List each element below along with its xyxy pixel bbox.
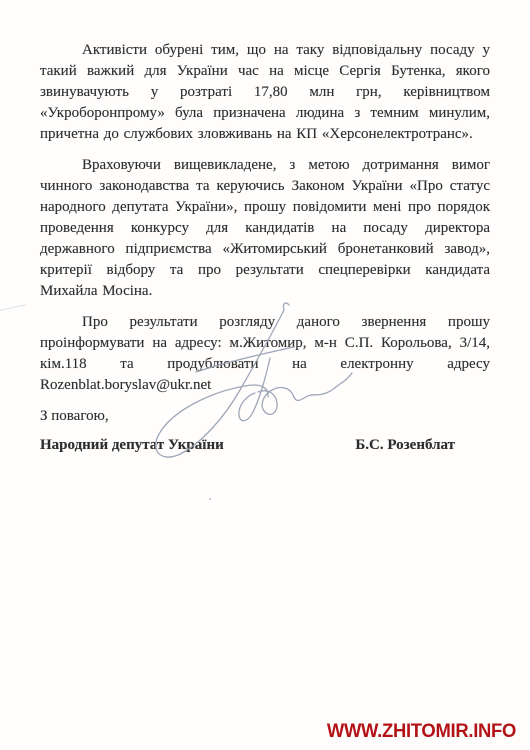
paragraph-activists: Активісти обурені тим, що на таку відпов… (40, 40, 490, 145)
closing-salutation: З повагою, (40, 406, 490, 427)
scan-speck-artifact (209, 498, 211, 500)
letter-body: Активісти обурені тим, що на таку відпов… (40, 40, 490, 456)
site-watermark: WWW.ZHITOMIR.INFO (327, 721, 516, 743)
signer-name: Б.С. Розенблат (355, 435, 490, 456)
signer-title: Народний депутат України (40, 435, 224, 456)
paragraph-reply-address: Про результати розгляду даного звернення… (40, 312, 490, 396)
paragraph-request: Враховуючи вищевикладене, з метою дотрим… (40, 155, 490, 302)
scanned-letter-page: Активісти обурені тим, що на таку відпов… (0, 0, 530, 750)
scan-scratch-artifact (0, 304, 26, 310)
signature-row: Народний депутат України Б.С. Розенблат (40, 435, 490, 456)
